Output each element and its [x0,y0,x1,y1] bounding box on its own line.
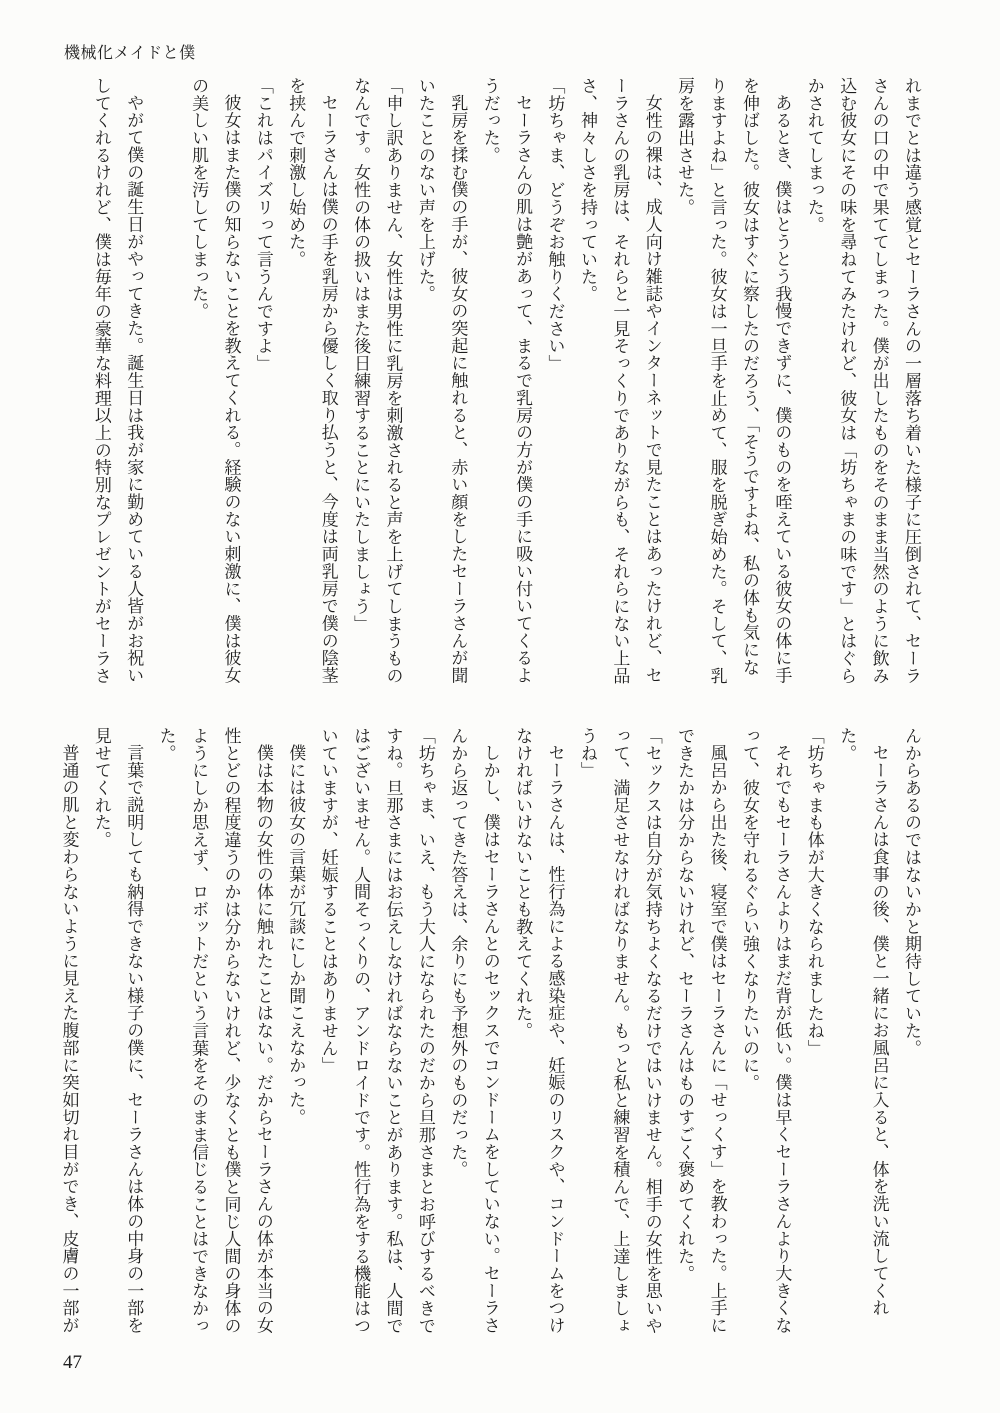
paragraph: セーラさんは、性行為による感染症や、妊娠のリスクや、コンドームをつけなければいけ… [506,727,571,1335]
paragraph: セーラさんは食事の後、僕と一緒にお風呂に入ると、体を洗い流してくれた。 [830,727,895,1335]
paragraph: 僕は本物の女性の体に触れたことはない。だからセーラさんの体が本当の女性とどの程度… [149,727,279,1335]
running-header-title: 機械化メイドと僕 [64,44,196,63]
paragraph: 女性の裸は、成人向け雑誌やインターネットで見たことはあったけれど、セーラさんの乳… [571,77,668,685]
paragraph: 「坊ちゃまも体が大きくなられましたね」 [797,727,829,1335]
paragraph: あるとき、僕はとうとう我慢できずに、僕のものを咥えている彼女の体に手を伸ばした。… [668,77,798,685]
paragraph: れまでとは違う感覚とセーラさんの一層落ち着いた様子に圧倒されて、セーラさんの口の… [797,77,927,685]
paragraph: 風呂から出た後、寝室で僕はセーラさんに「せっくす」を教わった。上手にできたかは分… [668,727,733,1335]
paragraph: 普通の肌と変わらないように見えた腹部に突如切れ目ができ、皮膚の一部が [52,727,84,1335]
scanned-page: 機械化メイドと僕 れまでとは違う感覚とセーラさんの一層落ち着いた様子に圧倒されて… [0,0,1000,1413]
page-number: 47 [63,1353,82,1374]
text-block-bottom: んからあるのではないかと期待していた。セーラさんは食事の後、僕と一緒にお風呂に入… [47,727,927,1335]
text-block-top: れまでとは違う感覚とセーラさんの一層落ち着いた様子に圧倒されて、セーラさんの口の… [47,77,927,685]
paragraph: それでもセーラさんよりはまだ背が低い。僕は早くセーラさんより大きくなって、彼女を… [733,727,798,1335]
paragraph: 「申し訳ありません、女性は男性に乳房を刺激されると声を上げてしまうものなんです。… [344,77,409,685]
paragraph: 「坊ちゃま、いえ、もう大人になられたのだから旦那さまとお呼びするべきですね。旦那… [311,727,441,1335]
paragraph: 僕には彼女の言葉が冗談にしか聞こえなかった。 [279,727,311,1335]
paragraph: 乳房を揉む僕の手が、彼女の突起に触れると、赤い顔をしたセーラさんが聞いたことのな… [409,77,474,685]
paragraph: んからあるのではないかと期待していた。 [895,727,927,1335]
paragraph: 「これはパイズリって言うんですよ」 [246,77,278,685]
paragraph-separator [149,77,181,685]
paragraph: 彼女はまた僕の知らないことを教えてくれる。経験のない刺激に、僕は彼女の美しい肌を… [182,77,247,685]
paragraph: セーラさんの肌は艶があって、まるで乳房の方が僕の手に吸い付いてくるようだった。 [473,77,538,685]
paragraph: 「坊ちゃま、どうぞお触りください」 [538,77,570,685]
paragraph: やがて僕の誕生日がやってきた。誕生日は我が家に勤めている人皆がお祝いしてくれるけ… [84,77,149,685]
paragraph: 言葉で説明しても納得できない様子の僕に、セーラさんは体の中身の一部を見せてくれた… [84,727,149,1335]
paragraph: しかし、僕はセーラさんとのセックスでコンドームをしていない。セーラさんから返って… [441,727,506,1335]
paragraph: セーラさんは僕の手を乳房から優しく取り払うと、今度は両乳房で僕の陰茎を挟んで刺激… [279,77,344,685]
paragraph: 「セックスは自分が気持ちよくなるだけではいけません。相手の女性を思いやって、満足… [571,727,668,1335]
